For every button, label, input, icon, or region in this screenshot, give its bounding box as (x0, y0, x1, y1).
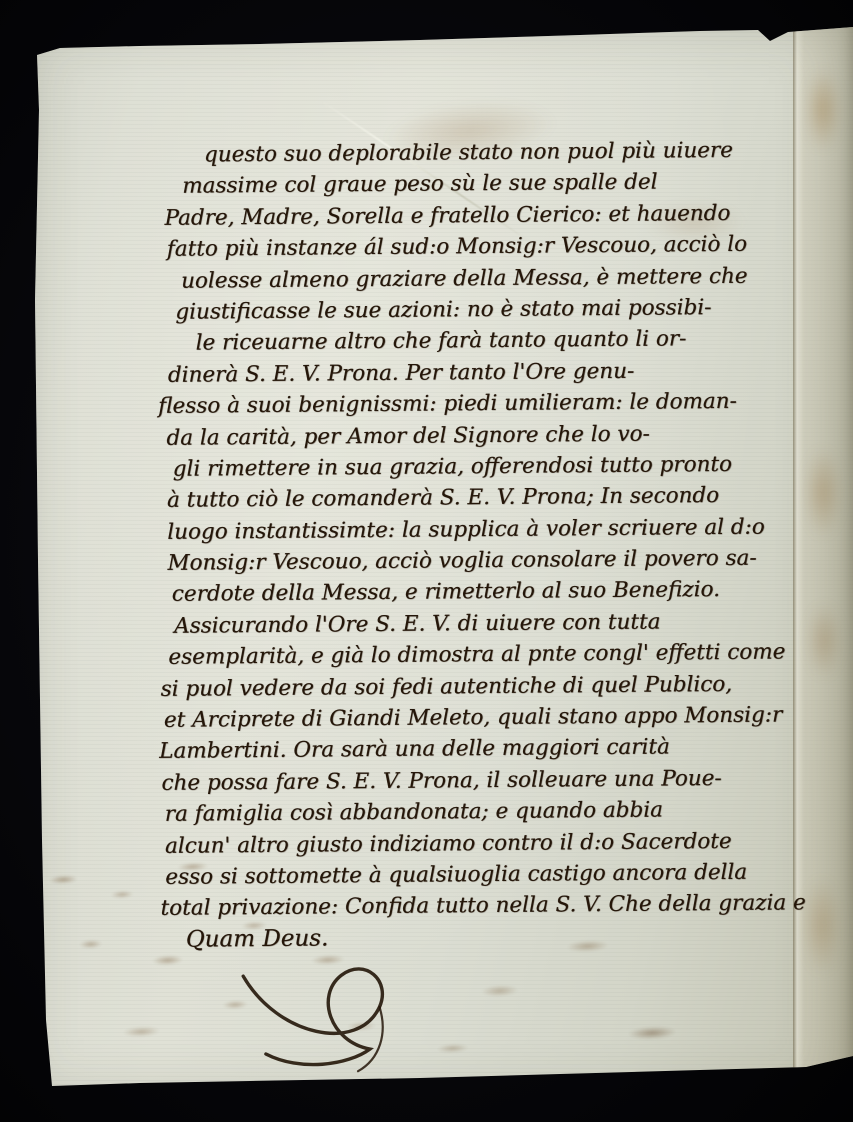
photo-backdrop: questo suo deplorabile stato non puol pi… (0, 0, 853, 1122)
paper-edge-shading (0, 0, 853, 1122)
manuscript-page: questo suo deplorabile stato non puol pi… (0, 0, 853, 1122)
